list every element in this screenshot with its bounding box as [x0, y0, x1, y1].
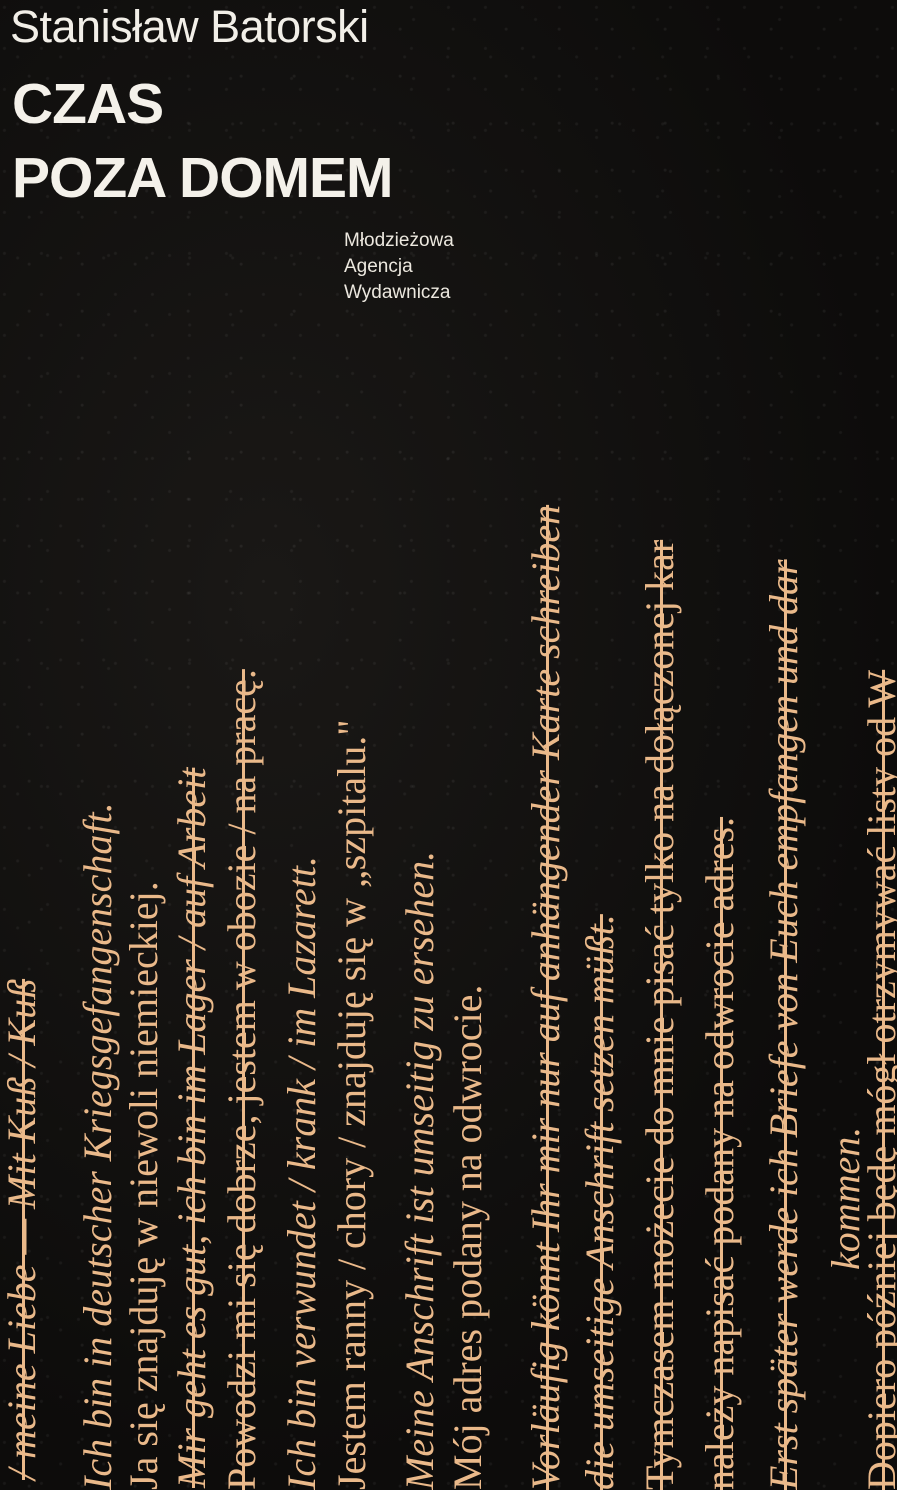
text-column: należy napisać podany na odwrocie adres. [700, 817, 740, 1490]
text-column: Mir geht es gut, ich bin im Lager / auf … [172, 768, 212, 1488]
text-column: Jestem ranny / chory / znajduję się w „s… [332, 719, 372, 1490]
book-title-line-2: POZA DOMEM [12, 150, 393, 207]
text-column: / meine Liebe — Mit Kuß / Kuß [2, 979, 42, 1480]
text-column: die umseitige Anschrift setzen müßt. [580, 914, 620, 1490]
book-title-line-1: CZAS [12, 76, 163, 133]
text-column: Mój adres podany na odwrocie. [448, 985, 488, 1490]
text-column: Tymczasem możecie do mnie pisać tylko na… [640, 540, 680, 1490]
publisher-line: Młodzieżowa [344, 228, 454, 254]
text-column: Ja się znajduję w niewoli niemieckiej. [124, 881, 164, 1490]
publisher-line: Wydawnicza [344, 280, 454, 306]
text-column: Dopiero później będę mógł otrzymywać lis… [862, 670, 897, 1490]
text-column: Erst später werde ich Briefe von Euch em… [764, 559, 804, 1490]
author-name: Stanisław Batorski [10, 4, 369, 49]
text-column: Ich bin verwundet / krank / im Lazarett. [282, 856, 322, 1490]
text-column: Vorläufig könnt Ihr mir nur auf anhängen… [526, 505, 566, 1490]
text-column: Ich bin in deutscher Kriegsgefangenschaf… [78, 802, 118, 1490]
text-column: Meine Anschrift ist umseitig zu ersehen. [400, 851, 440, 1490]
publisher-block: Młodzieżowa Agencja Wydawnicza [344, 228, 454, 306]
publisher-line: Agencja [344, 254, 454, 280]
text-column: Powodzi mi się dobrze, jestem w obozie /… [222, 669, 262, 1490]
